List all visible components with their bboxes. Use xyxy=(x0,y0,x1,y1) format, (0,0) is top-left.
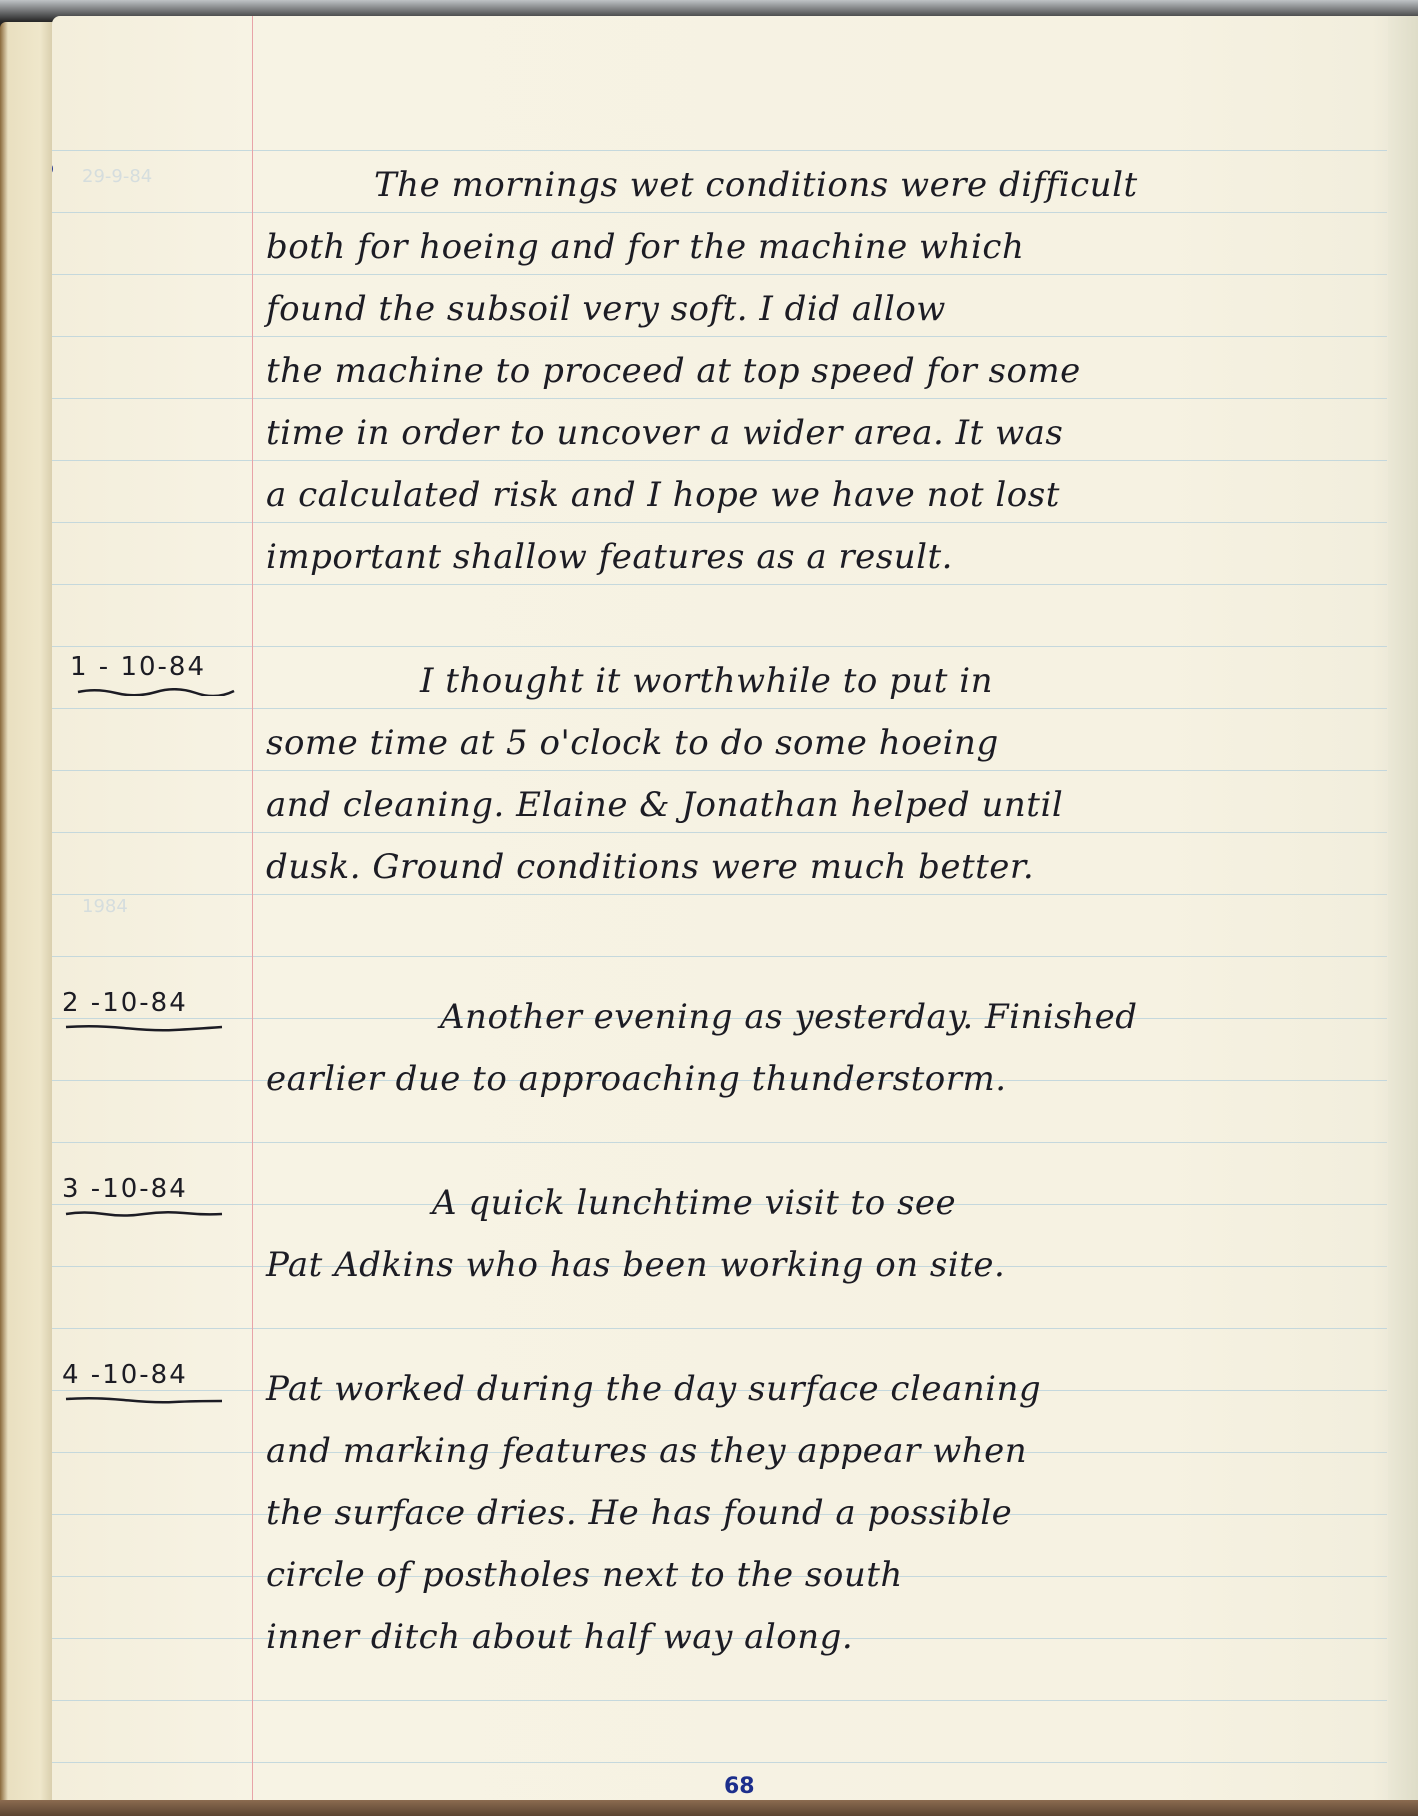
entry-line: dusk. Ground conditions were much better… xyxy=(266,850,1034,884)
date-underline xyxy=(64,1396,224,1404)
margin-mark: 6 xyxy=(52,152,55,182)
notebook-back-pages xyxy=(0,22,60,1812)
entry-date: 3 -10-84 xyxy=(62,1174,188,1204)
margin-mark: 8 xyxy=(52,656,53,686)
entry-line: I thought it worthwhile to put in xyxy=(420,664,993,698)
notebook-page: 29-9-84 1984 6 8 7 The mornings wet cond… xyxy=(52,16,1418,1806)
date-underline xyxy=(64,1210,224,1218)
date-underline xyxy=(76,688,236,696)
entry-line: and marking features as they appear when xyxy=(266,1434,1027,1468)
entry-line: both for hoeing and for the machine whic… xyxy=(266,230,1024,264)
entry-line: important shallow features as a result. xyxy=(266,540,953,574)
entry-line: The mornings wet conditions were difficu… xyxy=(374,168,1138,202)
show-through-text: 29-9-84 xyxy=(82,166,152,187)
entry-line: found the subsoil very soft. I did allow xyxy=(266,292,946,326)
entry-line: Pat worked during the day surface cleani… xyxy=(266,1372,1041,1406)
entry-line: Pat Adkins who has been working on site. xyxy=(266,1248,1005,1282)
entry-date: 2 -10-84 xyxy=(62,988,188,1018)
entry-line: and cleaning. Elaine & Jonathan helped u… xyxy=(266,788,1063,822)
date-underline xyxy=(64,1024,224,1032)
page-number: 68 xyxy=(724,1774,755,1799)
entry-line: earlier due to approaching thunderstorm. xyxy=(266,1062,1007,1096)
page-edge xyxy=(1388,16,1418,1806)
entry-line: some time at 5 o'clock to do some hoeing xyxy=(266,726,999,760)
entry-date: 1 - 10-84 xyxy=(70,652,206,682)
entry-line: inner ditch about half way along. xyxy=(266,1620,853,1654)
entry-line: circle of postholes next to the south xyxy=(266,1558,903,1592)
entry-line: a calculated risk and I hope we have not… xyxy=(266,478,1060,512)
entry-date: 4 -10-84 xyxy=(62,1360,188,1390)
entry-line: the machine to proceed at top speed for … xyxy=(266,354,1081,388)
entry-line: time in order to uncover a wider area. I… xyxy=(266,416,1063,450)
show-through-text: 1984 xyxy=(82,896,128,917)
bottom-edge xyxy=(0,1800,1418,1816)
entry-line: the surface dries. He has found a possib… xyxy=(266,1496,1012,1530)
entry-line: Another evening as yesterday. Finished xyxy=(440,1000,1138,1034)
entry-line: A quick lunchtime visit to see xyxy=(432,1186,956,1220)
margin-rule xyxy=(252,16,253,1806)
